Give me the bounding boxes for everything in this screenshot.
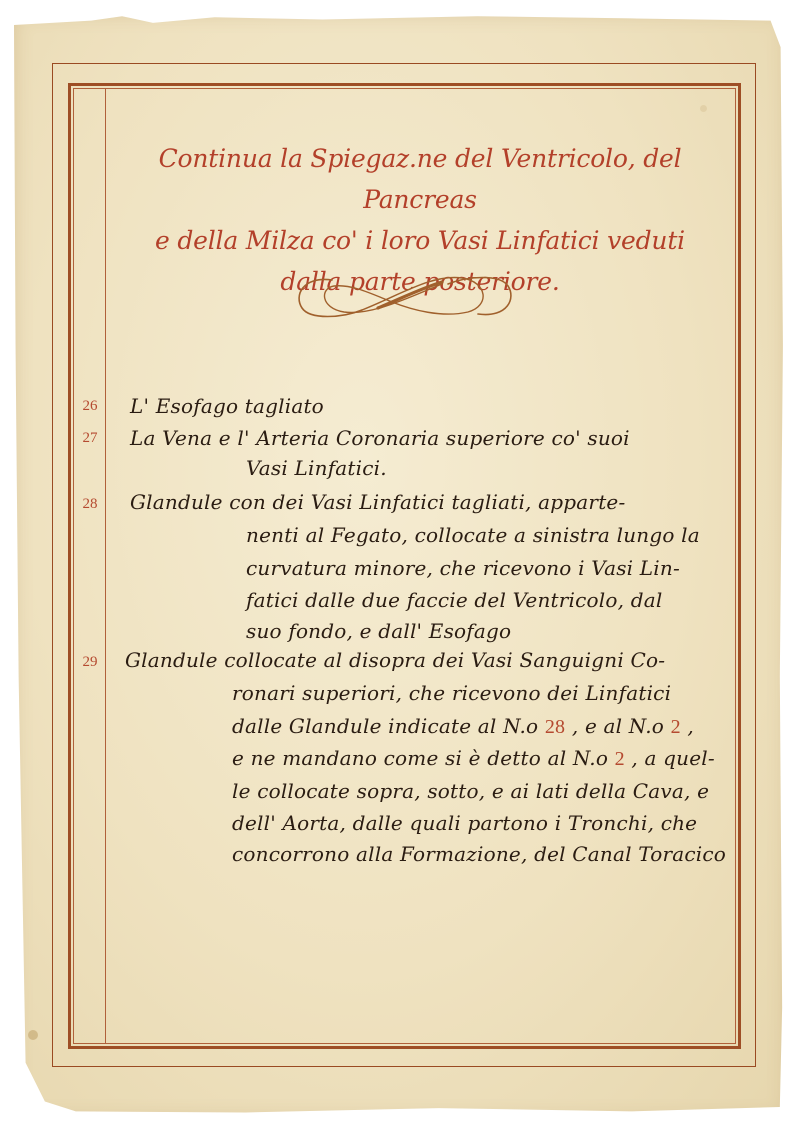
entry-text-line: suo fondo, e dall' Esofago: [246, 619, 511, 643]
entry-text-line: fatici dalle due faccie del Ventricolo, …: [246, 588, 662, 612]
entry-text-line: ronari superiori, che ricevono dei Linfa…: [232, 681, 671, 705]
entry-text-line: le collocate sopra, sotto, e ai lati del…: [232, 779, 709, 803]
entry-text-line: e ne mandano come si è detto al N.o 2 , …: [232, 746, 715, 771]
entry-number: 28: [78, 496, 102, 513]
entry-number: 26: [78, 398, 102, 415]
entry-text-line: Glandule con dei Vasi Linfatici tagliati…: [130, 490, 625, 514]
entry-number: 29: [78, 654, 102, 671]
entry-text-line: dalle Glandule indicate al N.o 28 , e al…: [232, 714, 694, 739]
entry-text-line: curvatura minore, che ricevono i Vasi Li…: [246, 556, 680, 580]
margin-rule: [105, 88, 106, 1044]
heading-line: e della Milza co' i loro Vasi Linfatici …: [110, 220, 730, 261]
line-text: , e al N.o: [565, 714, 670, 738]
entry-number: 27: [78, 430, 102, 447]
heading-line: Continua la Spiegaz.ne del Ventricolo, d…: [110, 138, 730, 220]
entry-text-line: La Vena e l' Arteria Coronaria superiore…: [130, 426, 630, 450]
entry-text-line: dell' Aorta, dalle quali partono i Tronc…: [232, 811, 697, 835]
entry-text-line: Vasi Linfatici.: [246, 456, 387, 480]
reference-number: 2: [615, 748, 625, 770]
line-text: ,: [681, 714, 694, 738]
entry-text-line: L' Esofago tagliato: [130, 394, 324, 418]
entry-text-line: Glandule collocate al disopra dei Vasi S…: [125, 648, 665, 672]
reference-number: 28: [545, 716, 565, 738]
entry-text-line: nenti al Fegato, collocate a sinistra lu…: [246, 523, 700, 547]
paper-stain: [28, 1030, 38, 1040]
calligraphic-flourish-icon: [292, 266, 518, 328]
line-text: , a quel-: [625, 746, 715, 770]
entry-text-line: concorrono alla Formazione, del Canal To…: [232, 842, 726, 866]
reference-number: 2: [671, 716, 681, 738]
line-text: e ne mandano come si è detto al N.o: [232, 746, 615, 770]
line-text: dalle Glandule indicate al N.o: [232, 714, 545, 738]
